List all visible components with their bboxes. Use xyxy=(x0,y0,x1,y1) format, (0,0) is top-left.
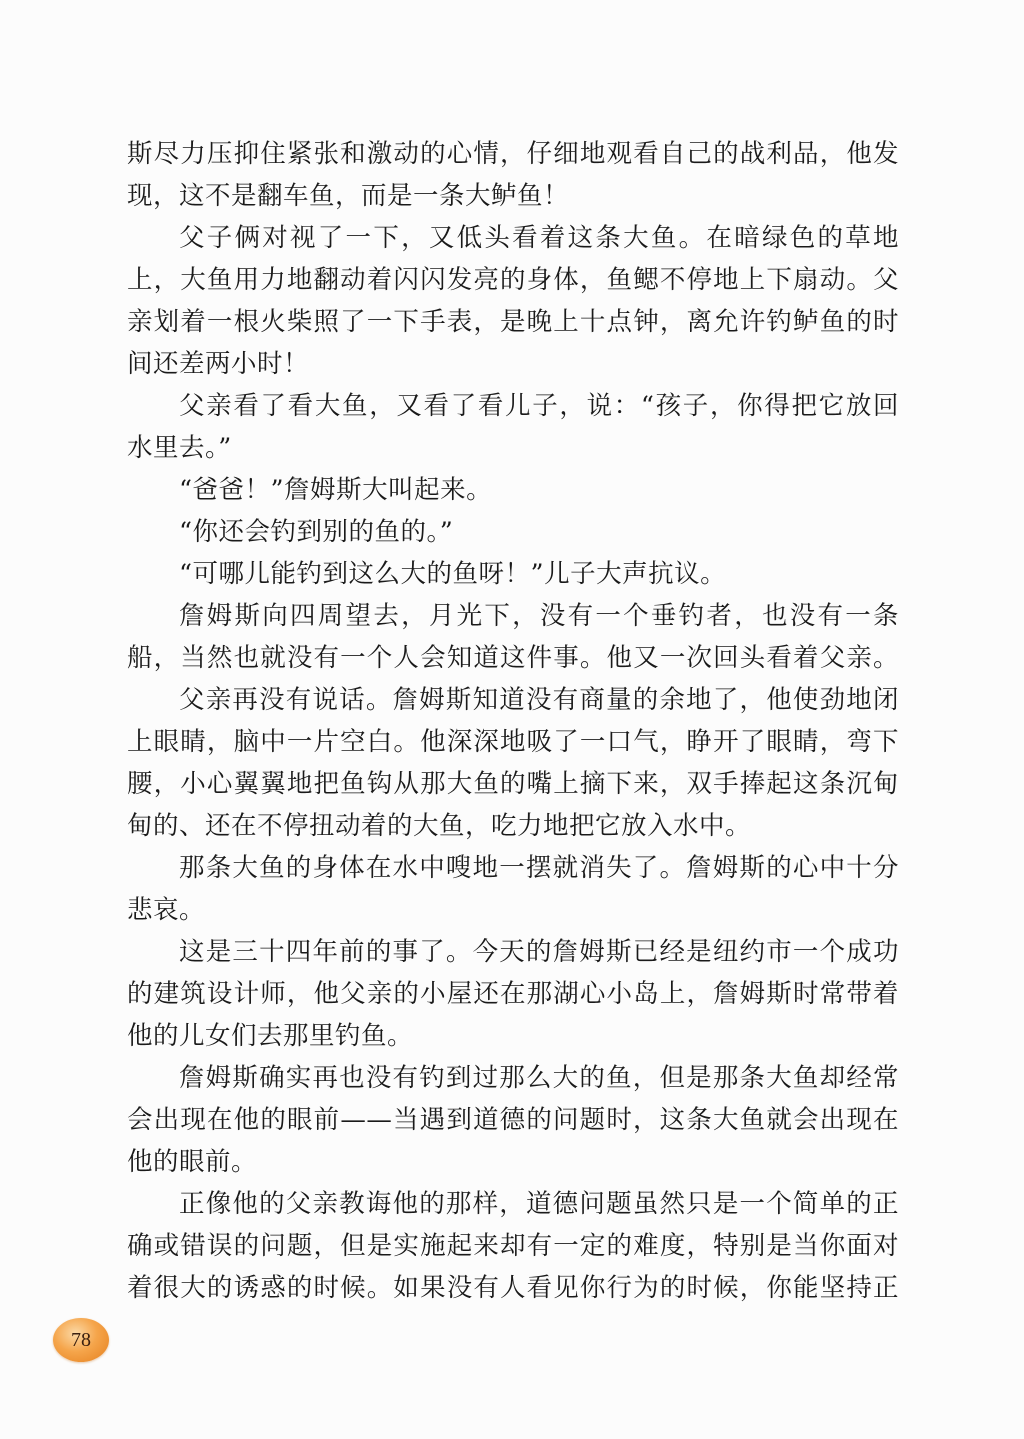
text-line: 腰，小心翼翼地把鱼钩从那大鱼的嘴上摘下来，双手捧起这条沉甸 xyxy=(127,763,899,805)
text-line: 那条大鱼的身体在水中嗖地一摆就消失了。詹姆斯的心中十分 xyxy=(127,847,899,889)
text-line: 父亲再没有说话。詹姆斯知道没有商量的余地了，他使劲地闭 xyxy=(127,679,899,721)
text-line: 间还差两小时！ xyxy=(127,343,899,385)
text-line: 的建筑设计师，他父亲的小屋还在那湖心小岛上，詹姆斯时常带着 xyxy=(127,973,899,1015)
text-line: 他的儿女们去那里钓鱼。 xyxy=(127,1015,899,1057)
text-line: 父子俩对视了一下，又低头看着这条大鱼。在暗绿色的草地 xyxy=(127,217,899,259)
text-line: 他的眼前。 xyxy=(127,1141,899,1183)
text-line: 现，这不是翻车鱼，而是一条大鲈鱼！ xyxy=(127,175,899,217)
page-body-text: 斯尽力压抑住紧张和激动的心情，仔细地观看自己的战利品，他发现，这不是翻车鱼，而是… xyxy=(127,133,899,1309)
text-line: 詹姆斯确实再也没有钓到过那么大的鱼，但是那条大鱼却经常 xyxy=(127,1057,899,1099)
text-line: 上，大鱼用力地翻动着闪闪发亮的身体，鱼鳃不停地上下扇动。父 xyxy=(127,259,899,301)
text-line: 斯尽力压抑住紧张和激动的心情，仔细地观看自己的战利品，他发 xyxy=(127,133,899,175)
page-number: 78 xyxy=(71,1329,91,1352)
text-line: 甸的、还在不停扭动着的大鱼，吃力地把它放入水中。 xyxy=(127,805,899,847)
text-line: “可哪儿能钓到这么大的鱼呀！”儿子大声抗议。 xyxy=(127,553,899,595)
text-line: 詹姆斯向四周望去，月光下，没有一个垂钓者，也没有一条 xyxy=(127,595,899,637)
text-line: “爸爸！”詹姆斯大叫起来。 xyxy=(127,469,899,511)
text-line: 确或错误的问题，但是实施起来却有一定的难度，特别是当你面对 xyxy=(127,1225,899,1267)
text-line: 着很大的诱惑的时候。如果没有人看见你行为的时候，你能坚持正 xyxy=(127,1267,899,1309)
page-number-badge: 78 xyxy=(53,1318,109,1362)
text-line: 会出现在他的眼前——当遇到道德的问题时，这条大鱼就会出现在 xyxy=(127,1099,899,1141)
text-line: 悲哀。 xyxy=(127,889,899,931)
text-line: 亲划着一根火柴照了一下手表，是晚上十点钟，离允许钓鲈鱼的时 xyxy=(127,301,899,343)
text-line: 这是三十四年前的事了。今天的詹姆斯已经是纽约市一个成功 xyxy=(127,931,899,973)
text-line: 水里去。” xyxy=(127,427,899,469)
text-line: “你还会钓到别的鱼的。” xyxy=(127,511,899,553)
text-line: 船，当然也就没有一个人会知道这件事。他又一次回头看着父亲。 xyxy=(127,637,899,679)
text-line: 父亲看了看大鱼，又看了看儿子，说：“孩子，你得把它放回 xyxy=(127,385,899,427)
text-line: 上眼睛，脑中一片空白。他深深地吸了一口气，睁开了眼睛，弯下 xyxy=(127,721,899,763)
text-line: 正像他的父亲教诲他的那样，道德问题虽然只是一个简单的正 xyxy=(127,1183,899,1225)
